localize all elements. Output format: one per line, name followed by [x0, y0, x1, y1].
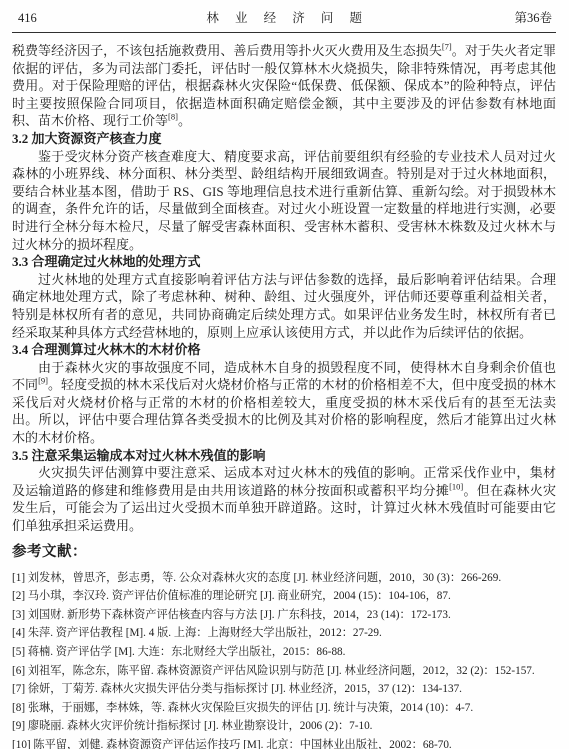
page-number: 416: [18, 11, 78, 26]
reference-item-8: [8] 张琳，于丽娜，李林姝，等. 森林火灾保险巨灾损失的评估 [J]. 统计与…: [12, 699, 556, 718]
reference-item-1: [1] 刘发林，曾思齐，彭志勇，等. 公众对森林火灾的态度 [J]. 林业经济问…: [12, 569, 556, 588]
reference-list: [1] 刘发林，曾思齐，彭志勇，等. 公众对森林火灾的态度 [J]. 林业经济问…: [12, 569, 556, 749]
paragraph-text: 。: [178, 113, 191, 128]
section-paragraph-3-2: 鉴于受灾林分资产核查难度大、精度要求高，评估前要组织有经验的专业技术人员对过火森…: [12, 148, 556, 254]
citation-8: [8]: [168, 112, 178, 122]
journal-title: 林 业 经 济 问 题: [206, 8, 363, 26]
paragraph-continuation: 税费等经济因子，不该包括施救费用、善后费用等扑火灭火费用及生态损失[7]。对于失…: [12, 42, 556, 130]
reference-item-6: [6] 刘祖军，陈念东，陈平留. 森林资源资产评估风险识别与防范 [J]. 林业…: [12, 662, 556, 681]
reference-item-9: [9] 廖晓丽. 森林火灾评价统计指标探讨 [J]. 林业勘察设计，2006 (…: [12, 717, 556, 736]
reference-item-4: [4] 朱萍. 资产评估教程 [M]. 4 版. 上海：上海财经大学出版社，20…: [12, 624, 556, 643]
section-heading-3-5: 3.5 注意采集运输成本对过火林木残值的影响: [12, 447, 556, 465]
reference-item-10: [10] 陈平留，刘健. 森林资源资产评估运作技巧 [M]. 北京：中国林业出版…: [12, 736, 556, 749]
article-body: 税费等经济因子，不该包括施救费用、善后费用等扑火灭火费用及生态损失[7]。对于失…: [12, 42, 556, 535]
journal-page: 416 林 业 经 济 问 题 第36卷 税费等经济因子，不该包括施救费用、善后…: [0, 0, 569, 749]
reference-item-3: [3] 刘国财. 新形势下森林资产评估核查内容与方法 [J]. 广东科技，201…: [12, 606, 556, 625]
section-heading-3-3: 3.3 合理确定过火林地的处理方式: [12, 253, 556, 271]
citation-9: [9]: [38, 376, 48, 386]
page-header: 416 林 业 经 济 问 题 第36卷: [12, 7, 556, 33]
reference-item-2: [2] 马小琪，李汉玲. 资产评估价值标准的理论研究 [J]. 商业研究，200…: [12, 587, 556, 606]
references-section: 参考文献： [1] 刘发林，曾思齐，彭志勇，等. 公众对森林火灾的态度 [J].…: [12, 541, 556, 749]
section-heading-3-2: 3.2 加大资源资产核查力度: [12, 130, 556, 148]
paragraph-text: 税费等经济因子，不该包括施救费用、善后费用等扑火灭火费用及生态损失: [12, 43, 442, 58]
citation-7: [7]: [442, 42, 452, 52]
reference-item-5: [5] 蒋楠. 资产评估学 [M]. 大连：东北财经大学出版社，2015：86-…: [12, 643, 556, 662]
citation-10: [10]: [449, 482, 463, 492]
section-paragraph-3-4: 由于森林火灾的事故强度不同，造成林木自身的损毁程度不同，使得林木自身剩余价值也不…: [12, 359, 556, 447]
section-heading-3-4: 3.4 合理测算过火林木的木材价格: [12, 341, 556, 359]
section-paragraph-3-3: 过火林地的处理方式直接影响着评估方法与评估参数的选择，最后影响着评估结果。合理确…: [12, 271, 556, 341]
section-paragraph-3-5: 火灾损失评估测算中要注意采、运成本对过火林木的残值的影响。正常采伐作业中，集材及…: [12, 464, 556, 534]
references-heading: 参考文献：: [12, 541, 556, 563]
reference-item-7: [7] 徐妍，丁菊芳. 森林火灾损失评估分类与指标探讨 [J]. 林业经济，20…: [12, 680, 556, 699]
volume-label: 第36卷: [492, 8, 552, 26]
paragraph-text: 。轻度受损的林木采伐后对火烧材价格与正常的木材的价格相差不大，但中度受损的林木采…: [12, 377, 556, 445]
